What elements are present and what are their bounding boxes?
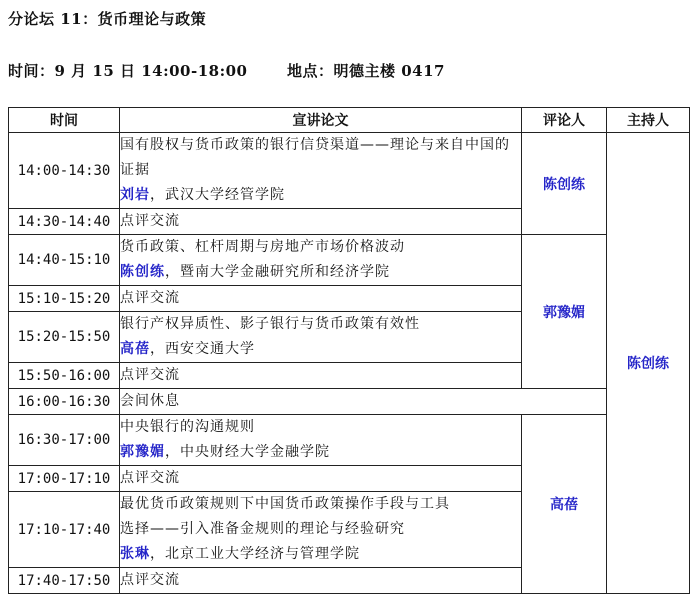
- paper-cell: 中央银行的沟通规则 郭豫媚，中央财经大学金融学院: [120, 415, 522, 466]
- time-cell: 14:40-15:10: [9, 235, 120, 286]
- paper-title: 国有股权与货币政策的银行信贷渠道——理论与来自中国的证据: [120, 133, 521, 183]
- table-header-row: 时间 宣讲论文 评论人 主持人: [9, 108, 690, 133]
- table-row: 14:00-14:30 国有股权与货币政策的银行信贷渠道——理论与来自中国的证据…: [9, 133, 690, 209]
- time-cell: 17:00-17:10: [9, 466, 120, 492]
- paper-title: 中央银行的沟通规则: [120, 415, 521, 440]
- break-cell: 会间休息: [120, 389, 607, 415]
- speaker-name: 张琳: [120, 546, 150, 562]
- speaker-line: 郭豫媚，中央财经大学金融学院: [120, 440, 521, 465]
- session-meta: 时间：9 月 15 日 14:00-18:00 地点：明德主楼 0417: [8, 60, 248, 81]
- time-cell: 16:30-17:00: [9, 415, 120, 466]
- column-header-commentator: 评论人: [522, 108, 607, 133]
- paper-title-line1: 最优货币政策规则下中国货币政策操作手段与工具: [120, 492, 521, 517]
- table-row: 16:30-17:00 中央银行的沟通规则 郭豫媚，中央财经大学金融学院 高蓓: [9, 415, 690, 466]
- paper-cell: 点评交流: [120, 209, 522, 235]
- commentator-cell: 郭豫媚: [522, 235, 607, 389]
- time-cell: 17:40-17:50: [9, 568, 120, 594]
- speaker-line: 陈创练，暨南大学金融研究所和经济学院: [120, 260, 521, 285]
- speaker-affiliation: ，武汉大学经管学院: [150, 187, 285, 203]
- paper-cell: 银行产权异质性、影子银行与货币政策有效性 高蓓，西安交通大学: [120, 312, 522, 363]
- speaker-name: 高蓓: [120, 341, 150, 357]
- speaker-affiliation: ，北京工业大学经济与管理学院: [150, 546, 360, 562]
- paper-cell: 货币政策、杠杆周期与房地产市场价格波动 陈创练，暨南大学金融研究所和经济学院: [120, 235, 522, 286]
- time-cell: 14:30-14:40: [9, 209, 120, 235]
- commentator-cell: 陈创练: [522, 133, 607, 235]
- speaker-affiliation: ，西安交通大学: [150, 341, 255, 357]
- paper-cell: 国有股权与货币政策的银行信贷渠道——理论与来自中国的证据 刘岩，武汉大学经管学院: [120, 133, 522, 209]
- session-time: 时间：9 月 15 日 14:00-18:00: [8, 62, 248, 80]
- time-cell: 15:20-15:50: [9, 312, 120, 363]
- schedule-table: 时间 宣讲论文 评论人 主持人 14:00-14:30 国有股权与货币政策的银行…: [8, 107, 690, 594]
- paper-cell: 点评交流: [120, 568, 522, 594]
- table-row: 14:40-15:10 货币政策、杠杆周期与房地产市场价格波动 陈创练，暨南大学…: [9, 235, 690, 286]
- time-cell: 17:10-17:40: [9, 492, 120, 568]
- time-cell: 15:10-15:20: [9, 286, 120, 312]
- commentator-cell: 高蓓: [522, 415, 607, 594]
- paper-title: 货币政策、杠杆周期与房地产市场价格波动: [120, 235, 521, 260]
- time-cell: 15:50-16:00: [9, 363, 120, 389]
- paper-cell: 点评交流: [120, 363, 522, 389]
- speaker-line: 高蓓，西安交通大学: [120, 337, 521, 362]
- speaker-name: 刘岩: [120, 187, 150, 203]
- paper-title: 银行产权异质性、影子银行与货币政策有效性: [120, 312, 521, 337]
- speaker-line: 刘岩，武汉大学经管学院: [120, 183, 521, 208]
- paper-title-line2: 选择——引入准备金规则的理论与经验研究: [120, 517, 521, 542]
- forum-title: 分论坛 11：货币理论与政策: [8, 8, 206, 29]
- session-location: 地点：明德主楼 0417: [287, 60, 445, 81]
- column-header-host: 主持人: [607, 108, 690, 133]
- paper-cell: 最优货币政策规则下中国货币政策操作手段与工具 选择——引入准备金规则的理论与经验…: [120, 492, 522, 568]
- column-header-paper: 宣讲论文: [120, 108, 522, 133]
- column-header-time: 时间: [9, 108, 120, 133]
- speaker-affiliation: ，中央财经大学金融学院: [165, 444, 330, 460]
- speaker-line: 张琳，北京工业大学经济与管理学院: [120, 542, 521, 567]
- paper-cell: 点评交流: [120, 286, 522, 312]
- table-row-break: 16:00-16:30 会间休息: [9, 389, 690, 415]
- time-cell: 16:00-16:30: [9, 389, 120, 415]
- time-cell: 14:00-14:30: [9, 133, 120, 209]
- speaker-name: 郭豫媚: [120, 444, 165, 460]
- paper-cell: 点评交流: [120, 466, 522, 492]
- host-cell: 陈创练: [607, 133, 690, 594]
- speaker-affiliation: ，暨南大学金融研究所和经济学院: [165, 264, 390, 280]
- speaker-name: 陈创练: [120, 264, 165, 280]
